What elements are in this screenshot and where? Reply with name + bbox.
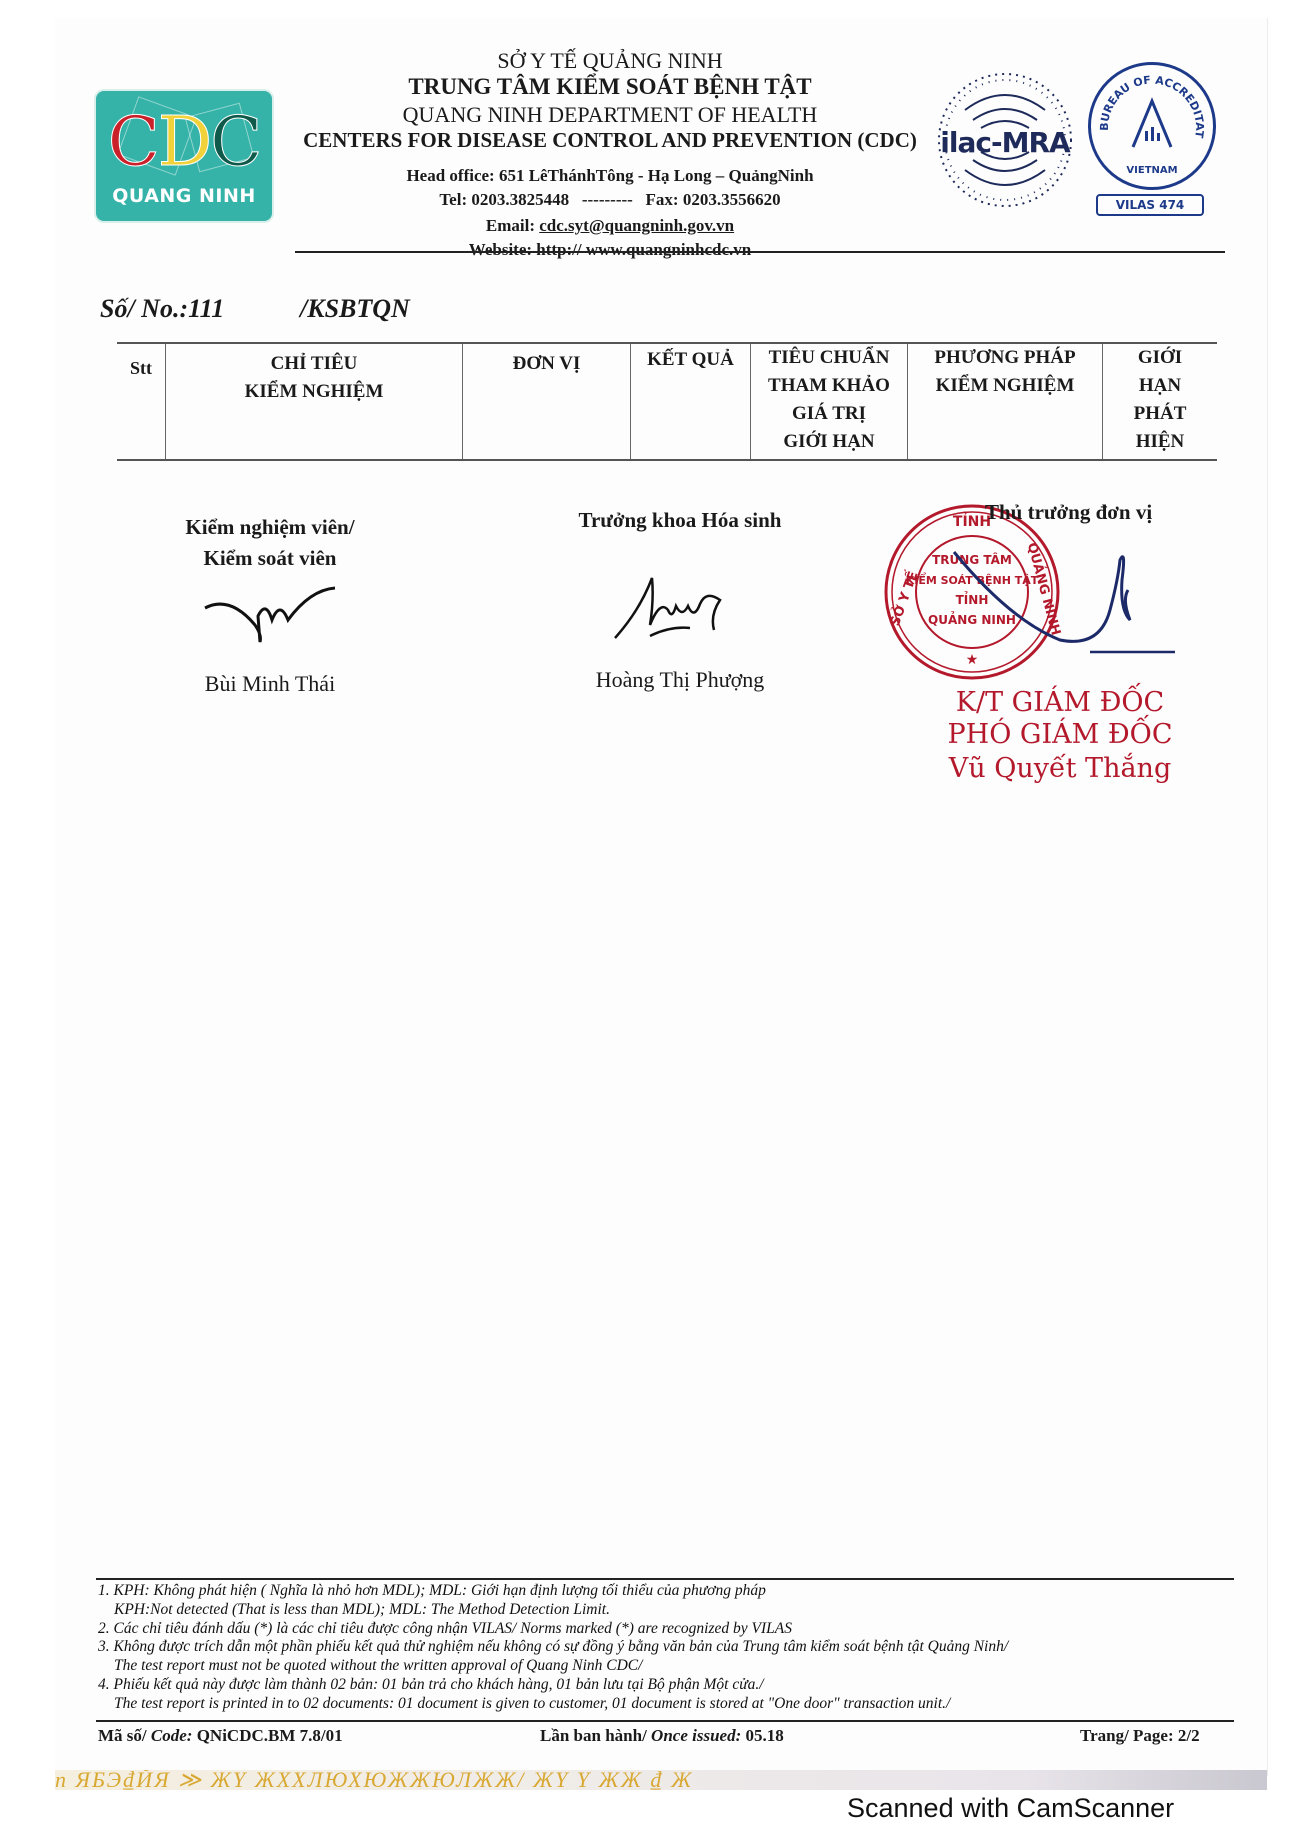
col-header-ket-qua: KẾT QUẢ	[630, 344, 750, 459]
code-label: Mã số/	[98, 1726, 151, 1745]
footnote-2: 2. Các chỉ tiêu đánh dấu (*) là các chỉ …	[98, 1620, 1238, 1639]
logo-letters: CDC	[96, 109, 272, 177]
footnote-vi: KPH: Không phát hiện ( Nghĩa là nhỏ hơn …	[114, 1582, 766, 1599]
camscanner-watermark: Scanned with CamScanner	[847, 1793, 1174, 1824]
report-number: Số/ No.:111	[100, 294, 224, 324]
svg-text:BUREAU OF ACCREDITATION: BUREAU OF ACCREDITATION	[1091, 65, 1206, 139]
vilas-badge: VILAS 474	[1096, 194, 1204, 216]
logo-letter-c1: C	[108, 103, 158, 182]
logo-letter-c2: C	[210, 103, 260, 182]
footer-divider	[96, 1720, 1234, 1722]
footer-code: Mã số/ Code: QNiCDC.BM 7.8/01	[98, 1726, 343, 1746]
footnote-num: 1.	[98, 1582, 110, 1599]
footnote-1: 1. KPH: Không phát hiện ( Nghĩa là nhỏ h…	[98, 1582, 1238, 1601]
logo-subtitle: QUANG NINH	[96, 185, 272, 207]
footnote-vi: Phiếu kết quả này được làm thành 02 bản:…	[114, 1676, 764, 1693]
email-link[interactable]: cdc.syt@quangninh.gov.vn	[539, 216, 734, 235]
boa-seal: BUREAU OF ACCREDITATION VIETNAM	[1088, 62, 1216, 190]
col-label: KẾT QUẢ	[647, 349, 734, 370]
page-label: Trang/ Page:	[1080, 1726, 1178, 1745]
footnote-num: 2.	[98, 1620, 110, 1637]
head-of-unit-name: Vũ Quyết Thắng	[940, 752, 1180, 786]
svg-text:VIETNAM: VIETNAM	[1126, 165, 1177, 176]
tester-title: Kiểm nghiệm viên/ Kiểm soát viên	[150, 512, 390, 574]
col-label: CHỈ TIÊU KIỂM NGHIỆM	[245, 353, 384, 402]
head-of-unit-line-2: PHÓ GIÁM ĐỐC	[940, 718, 1180, 752]
col-header-don-vi: ĐƠN VỊ	[462, 344, 630, 459]
header-line-1: SỞ Y TẾ QUẢNG NINH	[280, 48, 940, 74]
header-line-4: CENTERS FOR DISEASE CONTROL AND PREVENTI…	[290, 128, 930, 153]
footnote-1-en: KPH:Not detected (That is less than MDL)…	[98, 1601, 1238, 1620]
ilac-label: ilac-MRA	[935, 126, 1075, 159]
head-of-unit-line-1: K/T GIÁM ĐỐC	[940, 686, 1180, 720]
boa-ring-icon: BUREAU OF ACCREDITATION VIETNAM	[1091, 65, 1213, 187]
col-header-gioi-han: GIỚI HẠN PHÁT HIỆN	[1102, 344, 1217, 459]
col-header-phuong-phap: PHƯƠNG PHÁP KIỂM NGHIỆM	[907, 344, 1102, 459]
issued-value: 05.18	[741, 1726, 784, 1745]
col-label: PHƯƠNG PHÁP KIỂM NGHIỆM	[934, 347, 1075, 396]
header-address: Head office: 651 LêThánhTông - Hạ Long –…	[280, 166, 940, 186]
document-page	[55, 18, 1268, 1776]
ilac-mra-seal: ilac-MRA	[935, 70, 1075, 210]
footnote-3-en: The test report must not be quoted witho…	[98, 1657, 1238, 1676]
report-number-suffix: /KSBTQN	[300, 294, 410, 324]
head-of-dept-signature-icon	[610, 570, 750, 650]
code-value: QNiCDC.BM 7.8/01	[192, 1726, 342, 1745]
cdc-logo: CDC QUANG NINH	[96, 91, 272, 221]
logo-letter-d: D	[158, 103, 211, 182]
header-website[interactable]: Website: http:// www.quangninhcdc.vn	[280, 240, 940, 260]
head-of-dept-title: Trưởng khoa Hóa sinh	[560, 505, 800, 536]
footnote-4: 4. Phiếu kết quả này được làm thành 02 b…	[98, 1676, 1238, 1695]
head-of-dept-name: Hoàng Thị Phượng	[560, 667, 800, 693]
footnote-vi: Không được trích dẫn một phần phiếu kết …	[114, 1638, 1009, 1655]
footer-issued: Lần ban hành/ Once issued: 05.18	[540, 1726, 784, 1746]
footnote-divider	[96, 1578, 1234, 1580]
footnotes: 1. KPH: Không phát hiện ( Nghĩa là nhỏ h…	[98, 1582, 1238, 1714]
col-header-tieu-chuan: TIÊU CHUẨN THAM KHẢO GIÁ TRỊ GIỚI HẠN	[750, 344, 907, 459]
col-label: Stt	[130, 358, 152, 378]
tester-name: Bùi Minh Thái	[150, 671, 390, 697]
footnote-vi: Các chỉ tiêu đánh dấu (*) là các chỉ tiê…	[114, 1620, 793, 1637]
header-line-3: QUANG NINH DEPARTMENT OF HEALTH	[280, 102, 940, 128]
head-of-unit-title: Thủ trưởng đơn vị	[985, 497, 1185, 528]
col-label: ĐƠN VỊ	[513, 353, 581, 374]
footnote-num: 3.	[98, 1638, 110, 1655]
footnote-num: 4.	[98, 1676, 110, 1693]
header-divider	[295, 251, 1225, 253]
header-line-2: TRUNG TÂM KIỂM SOÁT BỆNH TẬT	[280, 74, 940, 100]
col-header-chi-tieu: CHỈ TIÊU KIỂM NGHIỆM	[165, 344, 462, 459]
footnote-4-en: The test report is printed in to 02 docu…	[98, 1695, 1238, 1714]
footer-page: Trang/ Page: 2/2	[1080, 1726, 1200, 1746]
footnote-3: 3. Không được trích dẫn một phần phiếu k…	[98, 1638, 1238, 1657]
header-tel-fax: Tel: 0203.3825448 --------- Fax: 0203.35…	[280, 190, 940, 210]
page-value: 2/2	[1178, 1726, 1200, 1745]
col-header-stt: Stt	[117, 344, 165, 459]
header-email: Email: cdc.syt@quangninh.gov.vn	[280, 216, 940, 236]
director-signature-icon	[950, 540, 1180, 660]
col-label: TIÊU CHUẨN THAM KHẢO GIÁ TRỊ GIỚI HẠN	[768, 347, 890, 452]
code-label-en: Code:	[151, 1726, 193, 1745]
issued-label-en: Once issued:	[651, 1726, 741, 1745]
issued-label: Lần ban hành/	[540, 1726, 651, 1745]
results-table: Stt CHỈ TIÊU KIỂM NGHIỆM ĐƠN VỊ KẾT QUẢ …	[117, 342, 1217, 461]
scan-edge-strip: n ЯБЭ₫ЙЯ ≫ ЖΥ ЖХХЛЮХЮЖЖЮЛЖЖ/ ЖΥ Υ ЖЖ ₫ Ж	[55, 1770, 1267, 1790]
col-label: GIỚI HẠN PHÁT HIỆN	[1134, 347, 1187, 452]
tester-signature-icon	[200, 580, 340, 650]
email-label: Email:	[486, 216, 539, 235]
